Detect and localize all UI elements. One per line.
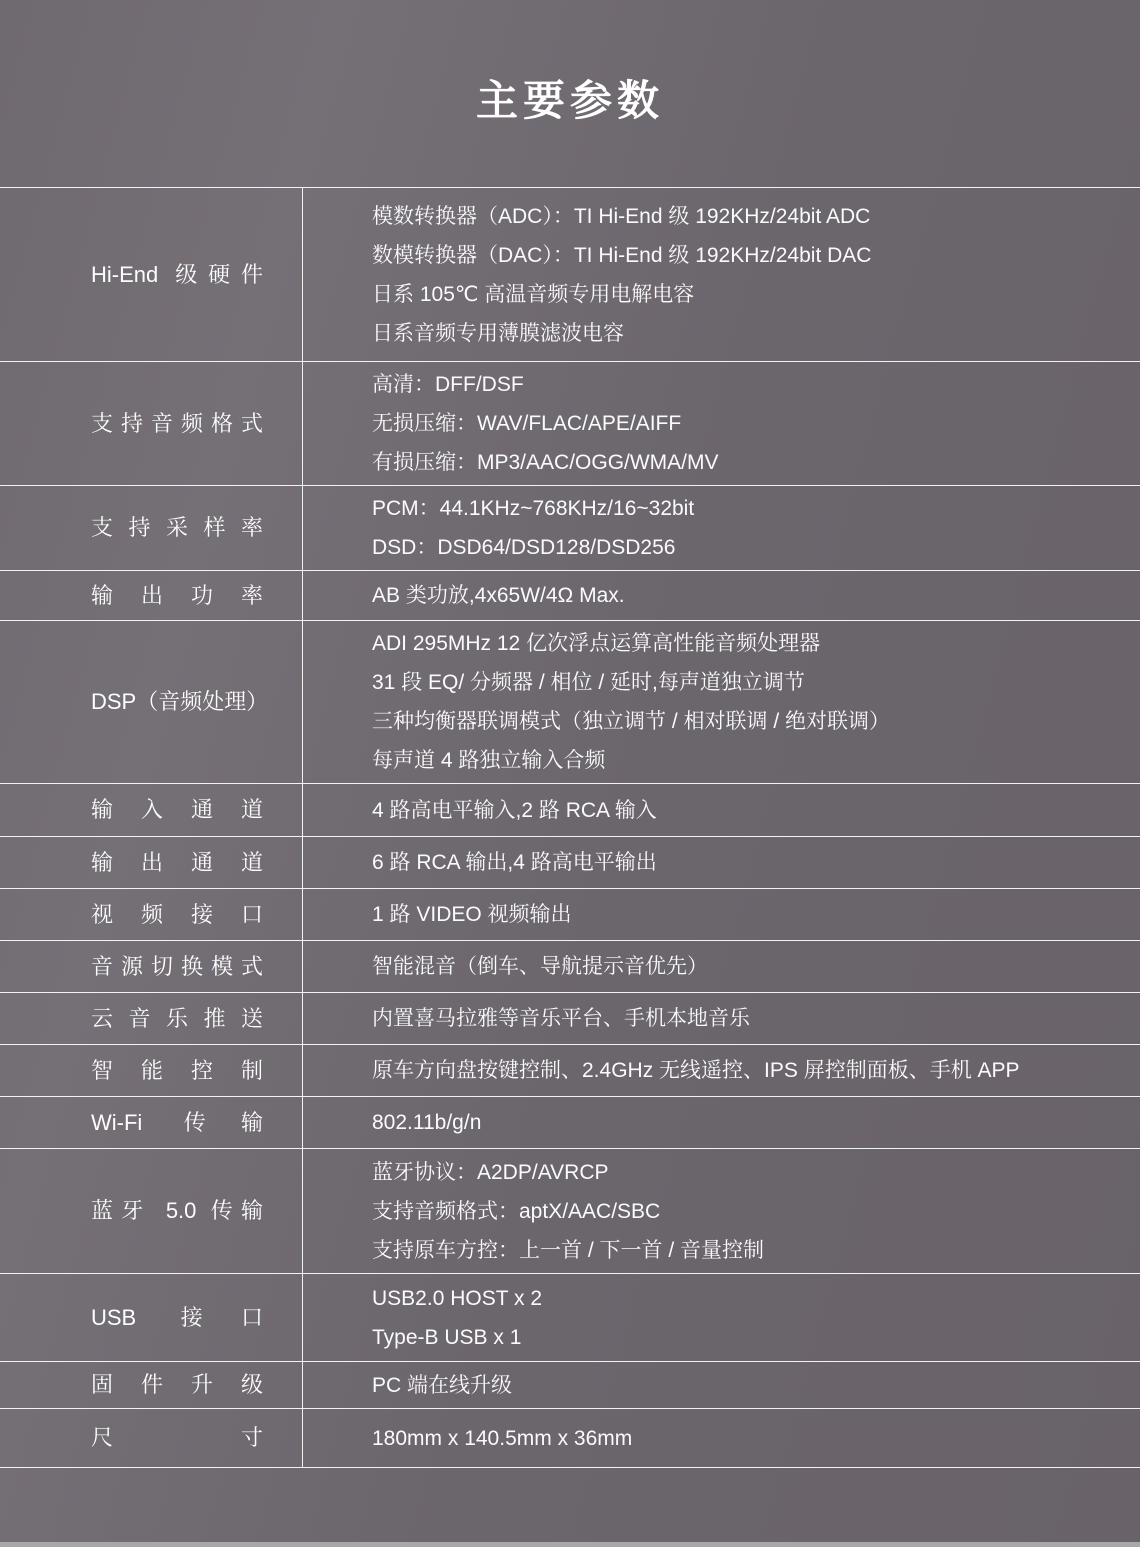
spec-value: 1 路 VIDEO 视频输出 — [372, 895, 1116, 934]
spec-value: AB 类功放,4x65W/4Ω Max. — [372, 576, 1116, 615]
spec-row-output-power: 输出功率 AB 类功放,4x65W/4Ω Max. — [0, 571, 1140, 621]
spec-value: 日系 105℃ 高温音频专用电解电容 — [372, 275, 1116, 314]
spec-value: 内置喜马拉雅等音乐平台、手机本地音乐 — [372, 999, 1116, 1038]
spec-label: 输出通道 — [91, 848, 263, 878]
spec-value: 模数转换器（ADC）：TI Hi-End 级 192KHz/24bit ADC — [372, 197, 1116, 236]
spec-value: 高清：DFF/DSF — [372, 365, 1116, 404]
spec-value: 支持原车方控：上一首 / 下一首 / 音量控制 — [372, 1231, 1116, 1270]
spec-value: USB2.0 HOST x 2 — [372, 1279, 1116, 1318]
spec-label: 视频接口 — [91, 900, 263, 930]
spec-value: 31 段 EQ/ 分频器 / 相位 / 延时,每声道独立调节 — [372, 663, 1116, 702]
spec-table: Hi-End 级硬件 模数转换器（ADC）：TI Hi-End 级 192KHz… — [0, 187, 1140, 1468]
spec-label: 云音乐推送 — [91, 1004, 263, 1034]
spec-value: 数模转换器（DAC）：TI Hi-End 级 192KHz/24bit DAC — [372, 236, 1116, 275]
spec-row-usb: USB 接口 USB2.0 HOST x 2 Type-B USB x 1 — [0, 1274, 1140, 1362]
spec-row-output-channels: 输出通道 6 路 RCA 输出,4 路高电平输出 — [0, 837, 1140, 889]
spec-value: 智能混音（倒车、导航提示音优先） — [372, 947, 1116, 986]
spec-value: 每声道 4 路独立输入合频 — [372, 741, 1116, 780]
spec-value: 6 路 RCA 输出,4 路高电平输出 — [372, 843, 1116, 882]
spec-value: 802.11b/g/n — [372, 1103, 1116, 1142]
spec-label: Hi-End 级硬件 — [91, 260, 263, 290]
spec-label: 音源切换模式 — [91, 952, 263, 982]
spec-label: 固件升级 — [91, 1370, 263, 1400]
spec-value: ADI 295MHz 12 亿次浮点运算高性能音频处理器 — [372, 624, 1116, 663]
spec-value: PCM：44.1KHz~768KHz/16~32bit — [372, 489, 1116, 528]
spec-row-firmware: 固件升级 PC 端在线升级 — [0, 1362, 1140, 1409]
spec-row-dimensions: 尺寸 180mm x 140.5mm x 36mm — [0, 1409, 1140, 1468]
spec-row-hi-end-hardware: Hi-End 级硬件 模数转换器（ADC）：TI Hi-End 级 192KHz… — [0, 188, 1140, 362]
spec-row-audio-formats: 支持音频格式 高清：DFF/DSF 无损压缩：WAV/FLAC/APE/AIFF… — [0, 362, 1140, 486]
spec-sheet-page: 主要参数 Hi-End 级硬件 模数转换器（ADC）：TI Hi-End 级 1… — [0, 0, 1140, 1547]
spec-value: DSD：DSD64/DSD128/DSD256 — [372, 528, 1116, 567]
spec-row-dsp: DSP（音频处理） ADI 295MHz 12 亿次浮点运算高性能音频处理器 3… — [0, 621, 1140, 784]
spec-label: Wi-Fi 传输 — [91, 1108, 263, 1138]
spec-value: 180mm x 140.5mm x 36mm — [372, 1419, 1116, 1458]
spec-value: 蓝牙协议：A2DP/AVRCP — [372, 1153, 1116, 1192]
spec-label: 支持音频格式 — [91, 409, 263, 439]
spec-label: 支持采样率 — [91, 513, 263, 543]
bottom-edge-strip — [0, 1542, 1140, 1547]
spec-label: 输入通道 — [91, 795, 263, 825]
spec-label: 输出功率 — [91, 581, 263, 611]
spec-value: 有损压缩：MP3/AAC/OGG/WMA/MV — [372, 443, 1116, 482]
spec-label: 智能控制 — [91, 1056, 263, 1086]
spec-value: 4 路高电平输入,2 路 RCA 输入 — [372, 791, 1116, 830]
spec-value: PC 端在线升级 — [372, 1366, 1116, 1405]
spec-label: DSP（音频处理） — [91, 687, 263, 717]
spec-row-input-channels: 输入通道 4 路高电平输入,2 路 RCA 输入 — [0, 784, 1140, 837]
spec-row-source-switch-mode: 音源切换模式 智能混音（倒车、导航提示音优先） — [0, 941, 1140, 993]
spec-row-bluetooth: 蓝牙 5.0 传输 蓝牙协议：A2DP/AVRCP 支持音频格式：aptX/AA… — [0, 1149, 1140, 1274]
spec-row-video-interface: 视频接口 1 路 VIDEO 视频输出 — [0, 889, 1140, 941]
page-title: 主要参数 — [0, 68, 1140, 128]
spec-row-sample-rate: 支持采样率 PCM：44.1KHz~768KHz/16~32bit DSD：DS… — [0, 486, 1140, 571]
spec-row-wifi: Wi-Fi 传输 802.11b/g/n — [0, 1097, 1140, 1149]
spec-value: 三种均衡器联调模式（独立调节 / 相对联调 / 绝对联调） — [372, 702, 1116, 741]
spec-row-cloud-music: 云音乐推送 内置喜马拉雅等音乐平台、手机本地音乐 — [0, 993, 1140, 1045]
spec-label: 尺寸 — [91, 1423, 263, 1453]
spec-value: Type-B USB x 1 — [372, 1318, 1116, 1357]
spec-label: 蓝牙 5.0 传输 — [91, 1196, 263, 1226]
spec-value: 原车方向盘按键控制、2.4GHz 无线遥控、IPS 屏控制面板、手机 APP — [372, 1051, 1116, 1090]
spec-label: USB 接口 — [91, 1303, 263, 1333]
spec-value: 支持音频格式：aptX/AAC/SBC — [372, 1192, 1116, 1231]
spec-row-smart-control: 智能控制 原车方向盘按键控制、2.4GHz 无线遥控、IPS 屏控制面板、手机 … — [0, 1045, 1140, 1097]
spec-value: 日系音频专用薄膜滤波电容 — [372, 314, 1116, 353]
spec-value: 无损压缩：WAV/FLAC/APE/AIFF — [372, 404, 1116, 443]
